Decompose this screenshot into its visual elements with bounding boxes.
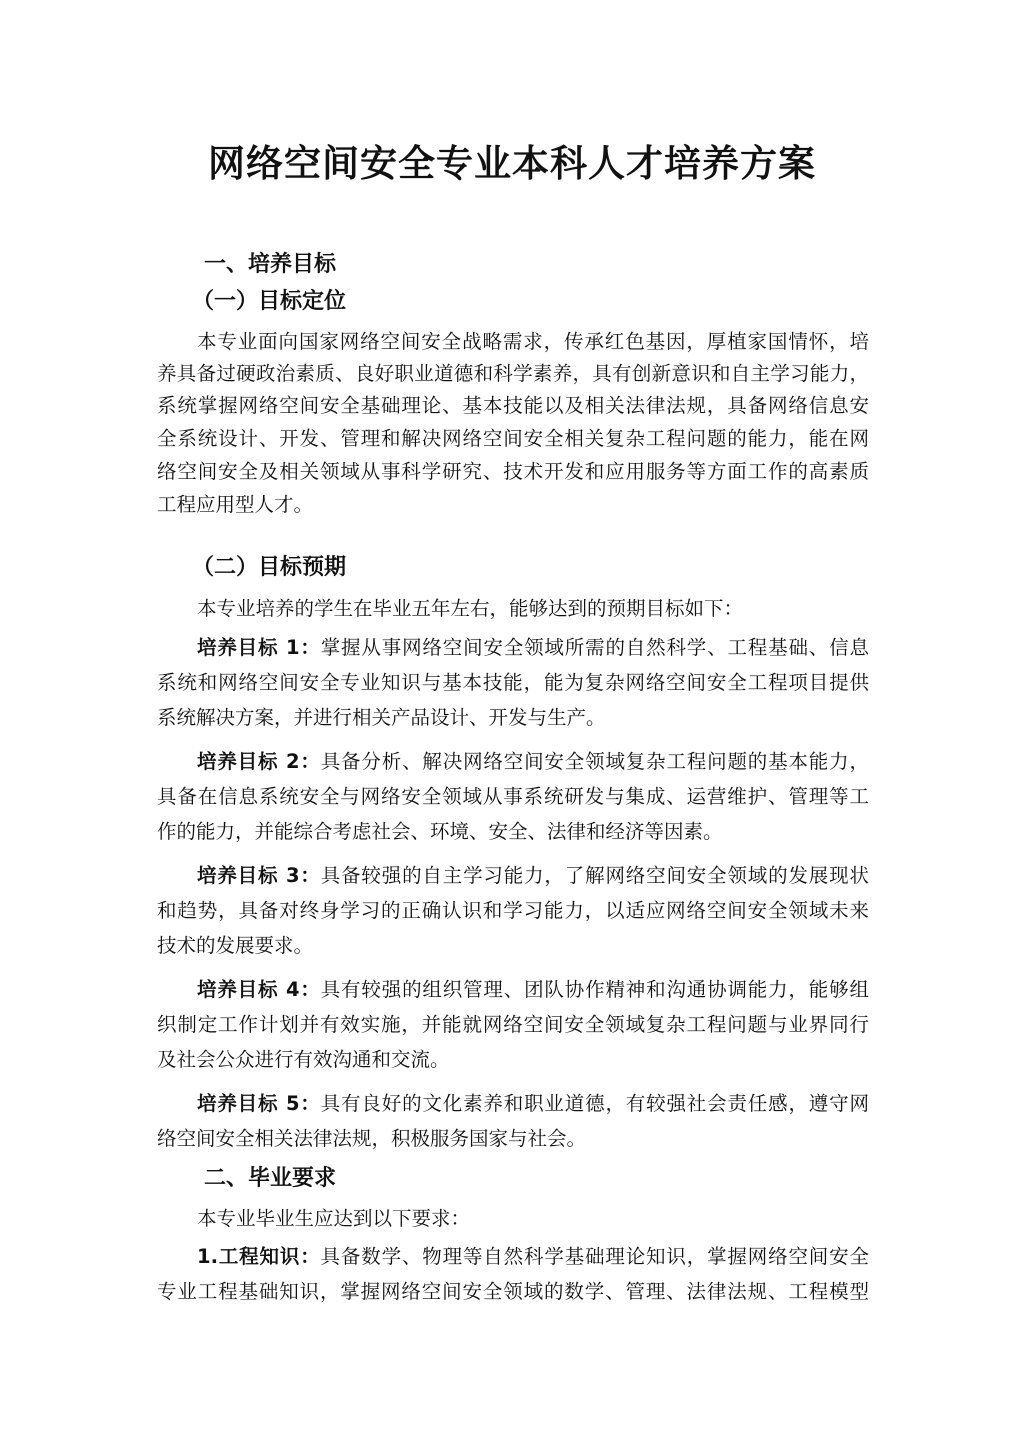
goal-label: 培养目标 1： [197,636,321,659]
subsection-heading-goal-positioning: （一）目标定位 [192,287,346,317]
paragraph-line: 及社会公众进行有效沟通和交流。 [157,1045,869,1075]
goal-label: 培养目标 3： [197,864,321,887]
goal-label: 培养目标 4： [197,978,321,1001]
paragraph-line: 络空间安全及相关领域从事科学研究、技术开发和应用服务等方面工作的高素质 [157,457,869,487]
paragraph-line: 工程应用型人才。 [157,490,869,520]
paragraph-line: 本专业面向国家网络空间安全战略需求，传承红色基因，厚植家国情怀，培 [197,327,869,357]
paragraph-line: 技术的发展要求。 [157,931,869,961]
goal-4-line: 培养目标 4：具有较强的组织管理、团队协作精神和沟通协调能力，能够组 [197,975,869,1005]
paragraph-line: 全系统设计、开发、管理和解决网络空间安全相关复杂工程问题的能力，能在网 [157,424,869,454]
paragraph-line: 络空间安全相关法律法规，积极服务国家与社会。 [157,1124,869,1154]
goal-label: 培养目标 5： [197,1092,321,1115]
requirement-label: 1.工程知识： [197,1245,321,1268]
goal-2-line: 培养目标 2：具备分析、解决网络空间安全领域复杂工程问题的基本能力， [197,747,869,777]
goal-3-line: 培养目标 3：具备较强的自主学习能力，了解网络空间安全领域的发展现状 [197,861,869,891]
subsection-heading-goal-expectations: （二）目标预期 [192,553,346,583]
section-heading-training-goals: 一、培养目标 [204,250,336,280]
paragraph-line: 系统掌握网络空间安全基础理论、基本技能以及相关法律法规，具备网络信息安 [157,391,869,421]
paragraph-line: 专业工程基础知识，掌握网络空间安全领域的数学、管理、法律法规、工程模型 [157,1277,869,1307]
paragraph-line: 本专业毕业生应达到以下要求： [197,1204,869,1234]
requirement-1-line: 1.工程知识：具备数学、物理等自然科学基础理论知识，掌握网络空间安全 [197,1242,869,1272]
paragraph-line: 和趋势，具备对终身学习的正确认识和学习能力，以适应网络空间安全领域未来 [157,896,869,926]
paragraph-line: 本专业培养的学生在毕业五年左右，能够达到的预期目标如下： [197,594,869,624]
section-heading-graduation-requirements: 二、毕业要求 [204,1164,336,1194]
paragraph-line: 系统和网络空间安全专业知识与基本技能，能为复杂网络空间安全工程项目提供 [157,668,869,698]
goal-5-line: 培养目标 5：具有良好的文化素养和职业道德，有较强社会责任感，遵守网 [197,1089,869,1119]
paragraph-line: 作的能力，并能综合考虑社会、环境、安全、法律和经济等因素。 [157,817,869,847]
paragraph-line: 养具备过硬政治素质、良好职业道德和科学素养，具有创新意识和自主学习能力， [157,359,869,389]
goal-label: 培养目标 2： [197,750,321,773]
paragraph-line: 系统解决方案，并进行相关产品设计、开发与生产。 [157,703,869,733]
goal-1-line: 培养目标 1：掌握从事网络空间安全领域所需的自然科学、工程基础、信息 [197,633,869,663]
paragraph-line: 具备在信息系统安全与网络安全领域从事系统研发与集成、运营维护、管理等工 [157,782,869,812]
paragraph-line: 织制定工作计划并有效实施，并能就网络空间安全领域复杂工程问题与业界同行 [157,1010,869,1040]
document-page: 网络空间安全专业本科人才培养方案 一、培养目标 （一）目标定位 本专业面向国家网… [0,0,1024,1448]
document-title: 网络空间安全专业本科人才培养方案 [0,138,1024,188]
